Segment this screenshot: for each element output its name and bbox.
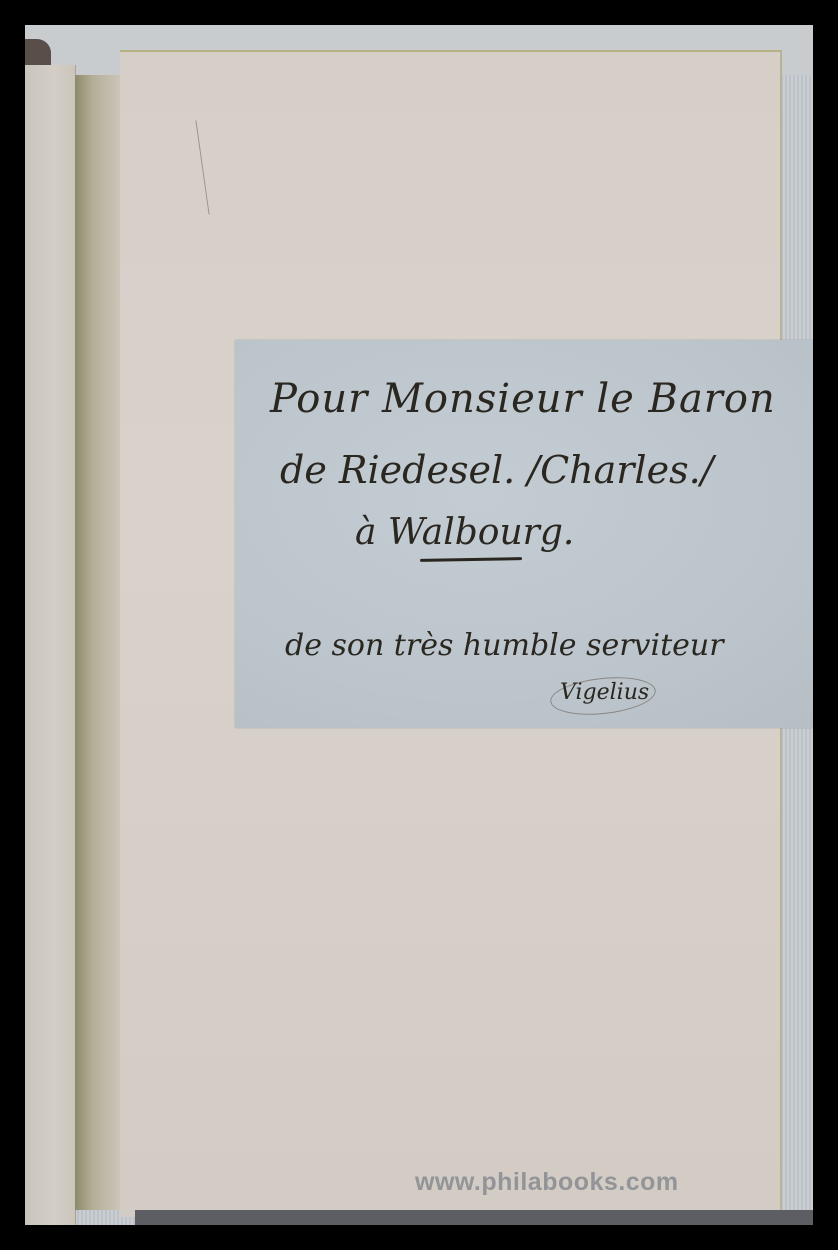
label-line-3: à Walbourg.: [355, 512, 574, 553]
page-crease: [195, 120, 209, 214]
book-photo: Pour Monsieur le Baron de Riedesel. /Cha…: [25, 25, 813, 1225]
signature: Vigelius: [560, 680, 649, 705]
spine-tab: [25, 39, 51, 65]
left-endpaper: [25, 65, 76, 1225]
label-line-4: de son très humble serviteur: [285, 628, 724, 663]
label-line-1: Pour Monsieur le Baron: [270, 376, 776, 422]
label-line-2: de Riedesel. /Charles./: [280, 448, 713, 492]
book-gutter: [75, 75, 125, 1210]
flyleaf-page: Pour Monsieur le Baron de Riedesel. /Cha…: [120, 50, 782, 1217]
pasted-label: Pour Monsieur le Baron de Riedesel. /Cha…: [235, 340, 813, 728]
cover-bottom-edge: [135, 1210, 813, 1225]
watermark-text: www.philabooks.com: [415, 1168, 679, 1197]
underline-stroke: [420, 557, 522, 562]
